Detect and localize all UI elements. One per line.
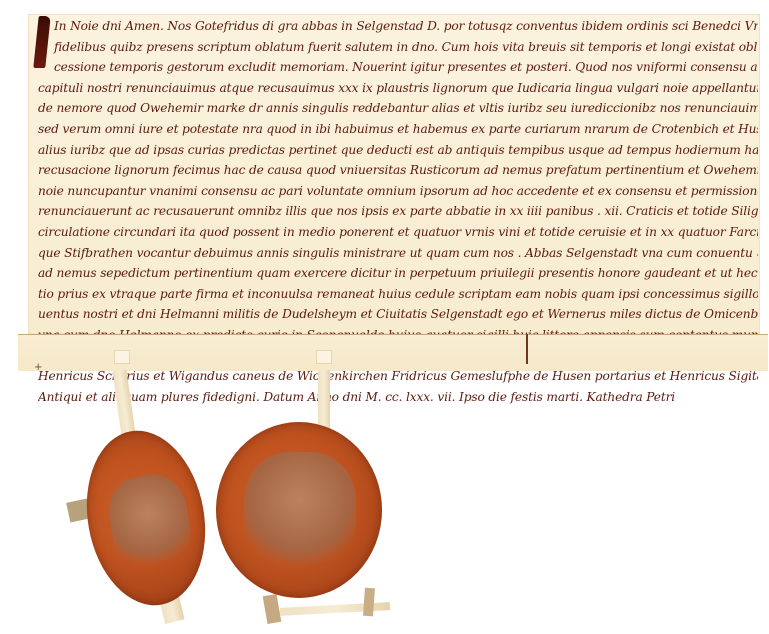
text-line: cessione temporis gestorum excludit memo…	[38, 57, 758, 78]
seal-slot-left	[114, 350, 130, 364]
text-line: alius iuribz que ad ipsas curias predict…	[38, 140, 758, 161]
seal-strap-end-right	[263, 594, 282, 624]
text-line: circulatione circundari ita quod possent…	[38, 222, 758, 243]
seal-figure-relief	[103, 469, 196, 577]
cross-mark-icon: +	[34, 362, 42, 373]
seal-slot-right	[316, 350, 332, 364]
text-line: renunciauerunt ac recusauerunt omnibz il…	[38, 201, 758, 222]
wax-seal-convent	[216, 422, 382, 598]
text-line: sed verum omni iure et potestate nra quo…	[38, 119, 758, 140]
text-line: tio prius ex vtraque parte firma et inco…	[38, 284, 758, 305]
text-line: uentus nostri et dni Helmanni militis de…	[38, 304, 758, 325]
text-line: que Stifbrathen vocantur debuimus annis …	[38, 243, 758, 264]
text-line: fidelibus quibz presens scriptum oblatum…	[38, 37, 758, 58]
text-line: In Noie dni Amen. Nos Gotefridus di gra …	[38, 16, 758, 37]
text-line: capituli nostri renunciauimus atque recu…	[38, 78, 758, 99]
text-line: recusacione lignorum fecimus hac de caus…	[38, 160, 758, 181]
text-line: ad nemus sepedictum pertinentium quam ex…	[38, 263, 758, 284]
wax-seal-abbot	[74, 421, 219, 614]
plica-fold	[18, 334, 768, 371]
plica-seam	[526, 334, 528, 364]
text-line: Antiqui et alii quam plures fidedigni. D…	[38, 387, 758, 408]
seal-figure-relief	[244, 452, 356, 572]
text-line: noie nuncupantur vnanimi consensu ac par…	[38, 181, 758, 202]
seal-strap-tail	[363, 588, 375, 617]
text-line: de nemore quod Owehemir marke dr annis s…	[38, 98, 758, 119]
